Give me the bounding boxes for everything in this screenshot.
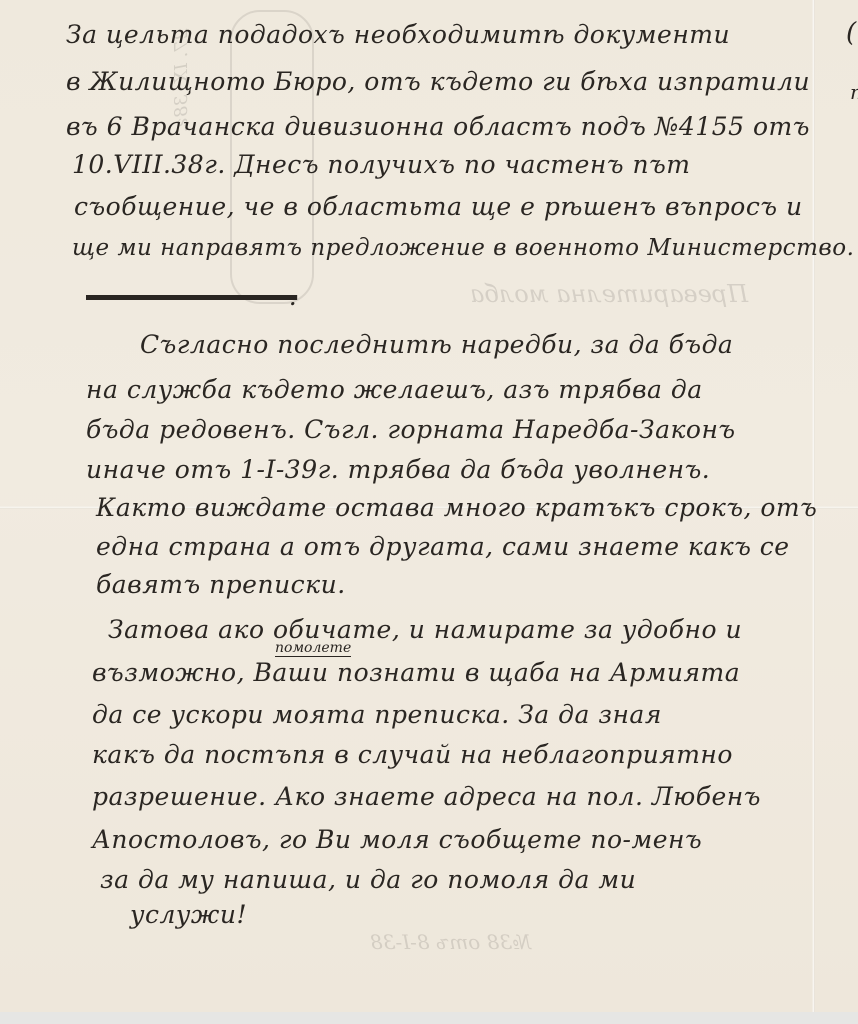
letter-line-19: какъ да постъпя в случай на неблагоприят…	[92, 740, 733, 769]
letter-line-9: на служба където желаешъ, азъ трябва да	[86, 375, 703, 404]
scan-border	[0, 1012, 858, 1024]
bleed-through-number: №38 отъ 8-I-38	[370, 930, 531, 954]
letter-line-14: бавятъ преписки.	[96, 570, 346, 599]
letter-line-22: за да му напиша, и да го помоля да ми	[100, 865, 636, 894]
letter-page: Преварителна молба 27. IX. 38г. №38 отъ …	[0, 0, 858, 1012]
letter-line-3: въ 6 Врачанска дивизионна областъ подъ №…	[66, 112, 810, 141]
letter-line-17: възможно, Ваши познати в щаба на Армията	[92, 658, 740, 687]
letter-line-4: 10.VIII.38г. Днесъ получихъ по частенъ п…	[72, 150, 690, 179]
letter-line-6: ще ми направятъ предложение в военното М…	[72, 235, 854, 261]
letter-line-1: За цельта подадохъ необходимитѣ документ…	[66, 20, 730, 49]
letter-line-18: да се ускори моята преписка. За да зная	[92, 700, 662, 729]
letter-line-21: Апостоловъ, го Ви моля съобщете по-менъ	[92, 825, 702, 854]
struck-out-word: ​ .	[86, 282, 356, 311]
margin-fragment-second: т	[850, 80, 858, 104]
letter-line-5: съобщение, че в областьта ще е рѣшенъ въ…	[74, 192, 803, 221]
letter-line-20: разрешение. Ако знаете адреса на пол. Лю…	[92, 782, 761, 811]
letter-line-8: Съгласно последнитѣ наредби, за да бъда	[140, 330, 733, 359]
margin-fragment-top: (	[846, 18, 856, 48]
bleed-through-text: Преварителна молба	[470, 280, 748, 308]
letter-line-10: бъда редовенъ. Съгл. горната Наредба-Зак…	[86, 415, 736, 444]
letter-line-12: Както виждате остава много кратъкъ срокъ…	[96, 493, 817, 522]
letter-line-11: иначе отъ 1-I-39г. трябва да бъда уволне…	[86, 455, 710, 484]
letter-line-23: услужи!	[130, 900, 247, 929]
letter-line-16: Затова ако обичате, и намирате за удобно…	[108, 615, 742, 644]
letter-line-13: една страна а отъ другата, сами знаете к…	[96, 532, 790, 561]
letter-line-2: в Жилищното Бюро, отъ където ги бѣха изп…	[66, 67, 810, 96]
